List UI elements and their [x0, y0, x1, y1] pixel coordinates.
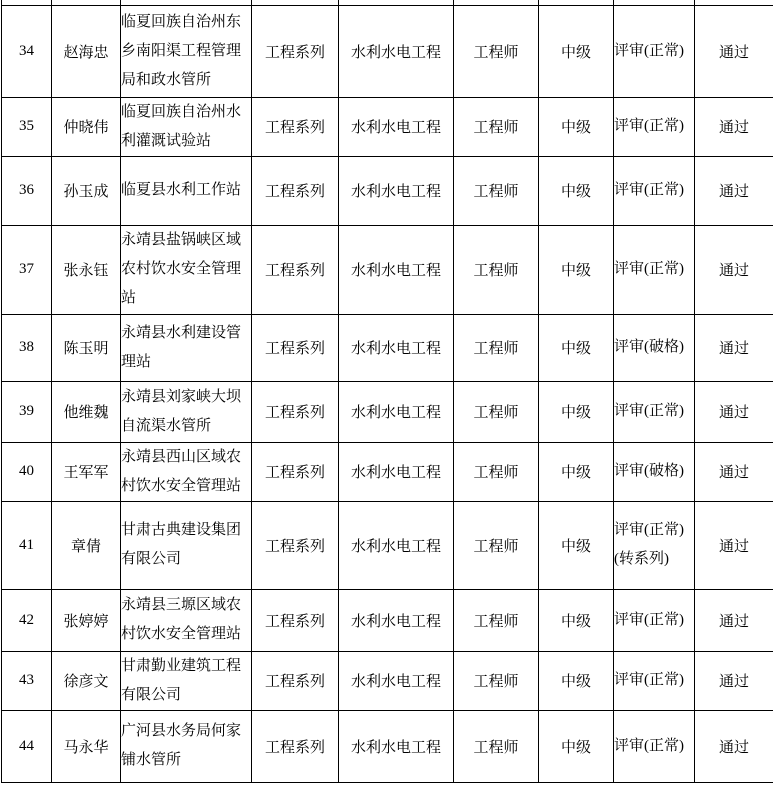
- cell-title: 工程师: [454, 501, 539, 589]
- cell-specialty: 水利水电工程: [339, 314, 454, 381]
- cell-method: 评审(正常): [614, 5, 695, 97]
- cell-result: 通过: [695, 651, 773, 710]
- personnel-table: 34赵海忠临夏回族自治州东乡南阳渠工程管理局和政水管所工程系列水利水电工程工程师…: [1, 0, 773, 783]
- cell-series: 工程系列: [252, 651, 339, 710]
- cell-method: 评审(正常): [614, 225, 695, 314]
- cell-title: 工程师: [454, 589, 539, 651]
- cell-title: 工程师: [454, 314, 539, 381]
- cell-name: 章倩: [52, 501, 121, 589]
- cell-level: 中级: [539, 5, 614, 97]
- cell-name: 仲晓伟: [52, 97, 121, 156]
- cell-specialty: 水利水电工程: [339, 225, 454, 314]
- cell-method: 评审(正常): [614, 97, 695, 156]
- cell-unit: 永靖县水利建设管理站: [121, 314, 252, 381]
- cell-series: 工程系列: [252, 225, 339, 314]
- cell-specialty: 水利水电工程: [339, 651, 454, 710]
- cell-method: 评审(正常): [614, 651, 695, 710]
- table-row: 44马永华广河县水务局何家铺水管所工程系列水利水电工程工程师中级评审(正常)通过: [2, 710, 773, 782]
- cell-number: 38: [2, 314, 52, 381]
- cell-level: 中级: [539, 381, 614, 442]
- table-row: 38陈玉明永靖县水利建设管理站工程系列水利水电工程工程师中级评审(破格)通过: [2, 314, 773, 381]
- cell-specialty: 水利水电工程: [339, 97, 454, 156]
- cell-series: 工程系列: [252, 156, 339, 225]
- cell-unit: 甘肃古典建设集团有限公司: [121, 501, 252, 589]
- cell-title: 工程师: [454, 651, 539, 710]
- cell-unit: 永靖县刘家峡大坝自流渠水管所: [121, 381, 252, 442]
- cell-unit: 永靖县盐锅峡区域农村饮水安全管理站: [121, 225, 252, 314]
- cell-name: 张永钰: [52, 225, 121, 314]
- table-row: 35仲晓伟临夏回族自治州水利灌溉试验站工程系列水利水电工程工程师中级评审(正常)…: [2, 97, 773, 156]
- table-row: 42张婷婷永靖县三塬区域农村饮水安全管理站工程系列水利水电工程工程师中级评审(正…: [2, 589, 773, 651]
- table-row: 39他维魏永靖县刘家峡大坝自流渠水管所工程系列水利水电工程工程师中级评审(正常)…: [2, 381, 773, 442]
- cell-unit: 广河县水务局何家铺水管所: [121, 710, 252, 782]
- table-row: 36孙玉成临夏县水利工作站工程系列水利水电工程工程师中级评审(正常)通过: [2, 156, 773, 225]
- cell-title: 工程师: [454, 710, 539, 782]
- cell-level: 中级: [539, 97, 614, 156]
- cell-result: 通过: [695, 97, 773, 156]
- cell-specialty: 水利水电工程: [339, 501, 454, 589]
- document-page: 34赵海忠临夏回族自治州东乡南阳渠工程管理局和政水管所工程系列水利水电工程工程师…: [0, 0, 773, 788]
- cell-name: 徐彦文: [52, 651, 121, 710]
- cell-title: 工程师: [454, 381, 539, 442]
- cell-title: 工程师: [454, 442, 539, 501]
- cell-unit: 甘肃勤业建筑工程有限公司: [121, 651, 252, 710]
- cell-series: 工程系列: [252, 710, 339, 782]
- cell-title: 工程师: [454, 97, 539, 156]
- cell-series: 工程系列: [252, 97, 339, 156]
- cell-level: 中级: [539, 314, 614, 381]
- cell-level: 中级: [539, 442, 614, 501]
- cell-specialty: 水利水电工程: [339, 156, 454, 225]
- cell-result: 通过: [695, 710, 773, 782]
- cell-series: 工程系列: [252, 381, 339, 442]
- cell-name: 赵海忠: [52, 5, 121, 97]
- cell-level: 中级: [539, 589, 614, 651]
- cell-unit: 临夏回族自治州东乡南阳渠工程管理局和政水管所: [121, 5, 252, 97]
- cell-specialty: 水利水电工程: [339, 710, 454, 782]
- cell-number: 43: [2, 651, 52, 710]
- cell-method: 评审(正常): [614, 589, 695, 651]
- table-body: 34赵海忠临夏回族自治州东乡南阳渠工程管理局和政水管所工程系列水利水电工程工程师…: [2, 0, 773, 782]
- cell-number: 37: [2, 225, 52, 314]
- cell-name: 陈玉明: [52, 314, 121, 381]
- cell-unit: 临夏县水利工作站: [121, 156, 252, 225]
- cell-number: 44: [2, 710, 52, 782]
- cell-specialty: 水利水电工程: [339, 381, 454, 442]
- cell-level: 中级: [539, 225, 614, 314]
- cell-unit: 永靖县三塬区域农村饮水安全管理站: [121, 589, 252, 651]
- cell-specialty: 水利水电工程: [339, 442, 454, 501]
- cell-specialty: 水利水电工程: [339, 5, 454, 97]
- cell-result: 通过: [695, 381, 773, 442]
- cell-number: 41: [2, 501, 52, 589]
- cell-series: 工程系列: [252, 589, 339, 651]
- cell-result: 通过: [695, 314, 773, 381]
- cell-title: 工程师: [454, 5, 539, 97]
- cell-method: 评审(破格): [614, 442, 695, 501]
- cell-title: 工程师: [454, 156, 539, 225]
- cell-title: 工程师: [454, 225, 539, 314]
- cell-name: 王军军: [52, 442, 121, 501]
- cell-series: 工程系列: [252, 5, 339, 97]
- cell-series: 工程系列: [252, 501, 339, 589]
- table-row: 37张永钰永靖县盐锅峡区域农村饮水安全管理站工程系列水利水电工程工程师中级评审(…: [2, 225, 773, 314]
- cell-series: 工程系列: [252, 314, 339, 381]
- cell-result: 通过: [695, 501, 773, 589]
- cell-result: 通过: [695, 442, 773, 501]
- table-row: 40王军军永靖县西山区域农村饮水安全管理站工程系列水利水电工程工程师中级评审(破…: [2, 442, 773, 501]
- cell-number: 34: [2, 5, 52, 97]
- cell-method: 评审(正常): [614, 156, 695, 225]
- cell-series: 工程系列: [252, 442, 339, 501]
- cell-unit: 永靖县西山区域农村饮水安全管理站: [121, 442, 252, 501]
- cell-level: 中级: [539, 651, 614, 710]
- table-row: 34赵海忠临夏回族自治州东乡南阳渠工程管理局和政水管所工程系列水利水电工程工程师…: [2, 5, 773, 97]
- table-row: 43徐彦文甘肃勤业建筑工程有限公司工程系列水利水电工程工程师中级评审(正常)通过: [2, 651, 773, 710]
- cell-name: 张婷婷: [52, 589, 121, 651]
- cell-result: 通过: [695, 589, 773, 651]
- cell-result: 通过: [695, 156, 773, 225]
- cell-level: 中级: [539, 156, 614, 225]
- cell-number: 40: [2, 442, 52, 501]
- cell-level: 中级: [539, 501, 614, 589]
- cell-result: 通过: [695, 225, 773, 314]
- cell-number: 36: [2, 156, 52, 225]
- cell-method: 评审(正常): [614, 710, 695, 782]
- cell-unit: 临夏回族自治州水利灌溉试验站: [121, 97, 252, 156]
- cell-number: 35: [2, 97, 52, 156]
- cell-method: 评审(破格): [614, 314, 695, 381]
- cell-method: 评审(正常)(转系列): [614, 501, 695, 589]
- cell-number: 42: [2, 589, 52, 651]
- cell-number: 39: [2, 381, 52, 442]
- cell-result: 通过: [695, 5, 773, 97]
- cell-name: 马永华: [52, 710, 121, 782]
- cell-name: 孙玉成: [52, 156, 121, 225]
- cell-specialty: 水利水电工程: [339, 589, 454, 651]
- table-row: 41章倩甘肃古典建设集团有限公司工程系列水利水电工程工程师中级评审(正常)(转系…: [2, 501, 773, 589]
- cell-method: 评审(正常): [614, 381, 695, 442]
- cell-name: 他维魏: [52, 381, 121, 442]
- cell-level: 中级: [539, 710, 614, 782]
